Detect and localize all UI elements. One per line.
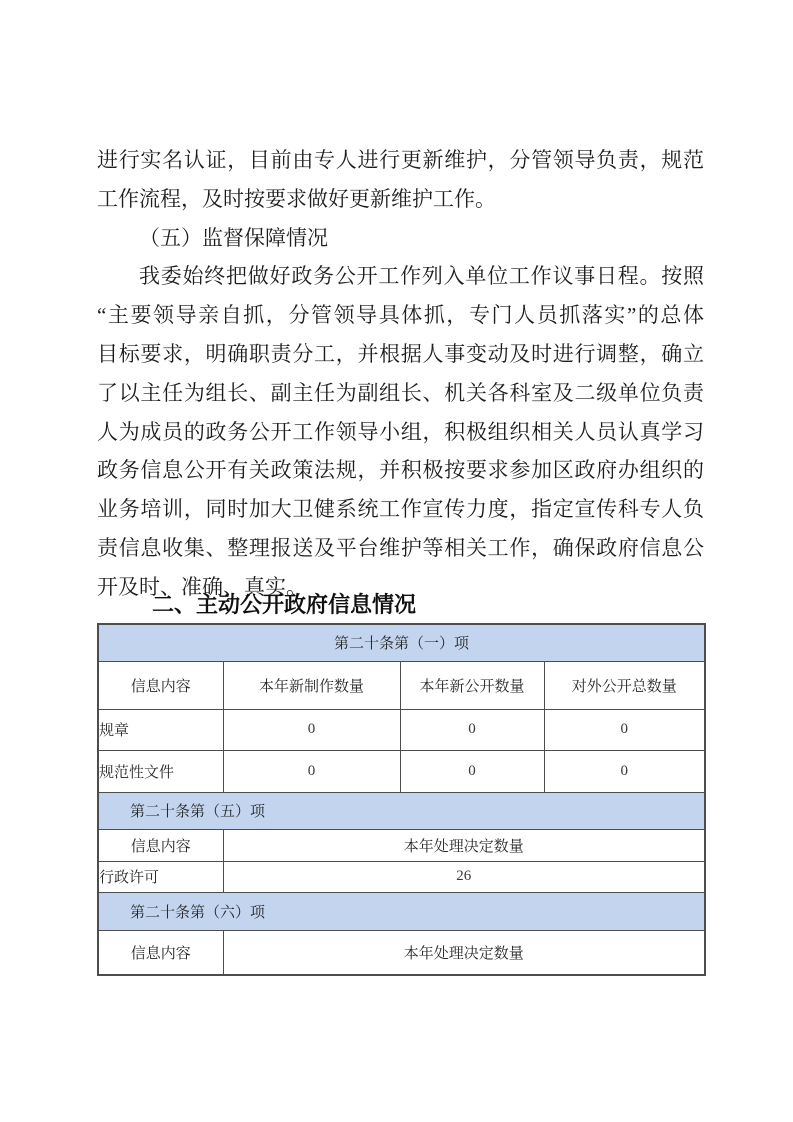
body-line: 我委始终把做好政务公开工作列入单位工作议事日程。按照 <box>97 257 704 296</box>
value-normative-total: 0 <box>544 750 705 792</box>
value-regulations-total: 0 <box>544 709 705 750</box>
body-line: 了以主任为组长、副主任为副组长、机关各科室及二级单位负责 <box>97 374 704 413</box>
column-header-new-published: 本年新公开数量 <box>400 661 544 709</box>
band-label-article20-6: 第二十条第（六）项 <box>98 892 705 930</box>
body-line: 政务信息公开有关政策法规，并积极按要求参加区政府办组织的 <box>97 451 704 490</box>
table-band-row-article20-1: 第二十条第（一）项 <box>98 624 705 661</box>
value-normative-new-published: 0 <box>400 750 544 792</box>
table-row-regulations: 规章 0 0 0 <box>98 709 705 750</box>
column-header-info-content-2: 信息内容 <box>98 829 223 861</box>
table-band-row-article20-5: 第二十条第（五）项 <box>98 792 705 829</box>
body-line-subheading: （五）监督保障情况 <box>97 219 704 258</box>
document-page: 进行实名认证，目前由专人进行更新维护，分管领导负责，规范 工作流程，及时按要求做… <box>0 0 793 1122</box>
body-line: 工作流程，及时按要求做好更新维护工作。 <box>97 180 704 219</box>
disclosure-table: 第二十条第（一）项 信息内容 本年新制作数量 本年新公开数量 对外公开总数量 规… <box>97 623 706 976</box>
column-header-new-made: 本年新制作数量 <box>223 661 400 709</box>
body-line: 目标要求，明确职责分工，并根据人事变动及时进行调整，确立 <box>97 335 704 374</box>
body-line: 业务培训，同时加大卫健系统工作宣传力度，指定宣传科专人负 <box>97 490 704 529</box>
body-line: 进行实名认证，目前由专人进行更新维护，分管领导负责，规范 <box>97 141 704 180</box>
row-label-admin-permission: 行政许可 <box>98 861 223 892</box>
column-header-decisions-count: 本年处理决定数量 <box>223 829 705 861</box>
column-header-info-content-3: 信息内容 <box>98 930 223 975</box>
body-line: 人为成员的政务公开工作领导小组，积极组织相关人员认真学习 <box>97 413 704 452</box>
body-text-block: 进行实名认证，目前由专人进行更新维护，分管领导负责，规范 工作流程，及时按要求做… <box>97 141 704 607</box>
value-normative-new-made: 0 <box>223 750 400 792</box>
value-regulations-new-published: 0 <box>400 709 544 750</box>
table-band-row-article20-6: 第二十条第（六）项 <box>98 892 705 930</box>
table-header-row-article20-6: 信息内容 本年处理决定数量 <box>98 930 705 975</box>
body-line: “主要领导亲自抓，分管领导具体抓，专门人员抓落实”的总体 <box>97 296 704 335</box>
column-header-decisions-count-2: 本年处理决定数量 <box>223 930 705 975</box>
table-header-row-article20-5: 信息内容 本年处理决定数量 <box>98 829 705 861</box>
table-header-row: 信息内容 本年新制作数量 本年新公开数量 对外公开总数量 <box>98 661 705 709</box>
table-row-normative-documents: 规范性文件 0 0 0 <box>98 750 705 792</box>
section-heading: 二、主动公开政府信息情况 <box>97 588 704 622</box>
body-line: 责信息收集、整理报送及平台维护等相关工作，确保政府信息公 <box>97 529 704 568</box>
band-label-article20-5: 第二十条第（五）项 <box>98 792 705 829</box>
value-regulations-new-made: 0 <box>223 709 400 750</box>
value-admin-permission-decisions: 26 <box>223 861 705 892</box>
row-label-normative-documents: 规范性文件 <box>98 750 223 792</box>
column-header-total-public: 对外公开总数量 <box>544 661 705 709</box>
row-label-regulations: 规章 <box>98 709 223 750</box>
table-row-admin-permission: 行政许可 26 <box>98 861 705 892</box>
band-label-article20-1: 第二十条第（一）项 <box>98 624 705 661</box>
column-header-info-content: 信息内容 <box>98 661 223 709</box>
